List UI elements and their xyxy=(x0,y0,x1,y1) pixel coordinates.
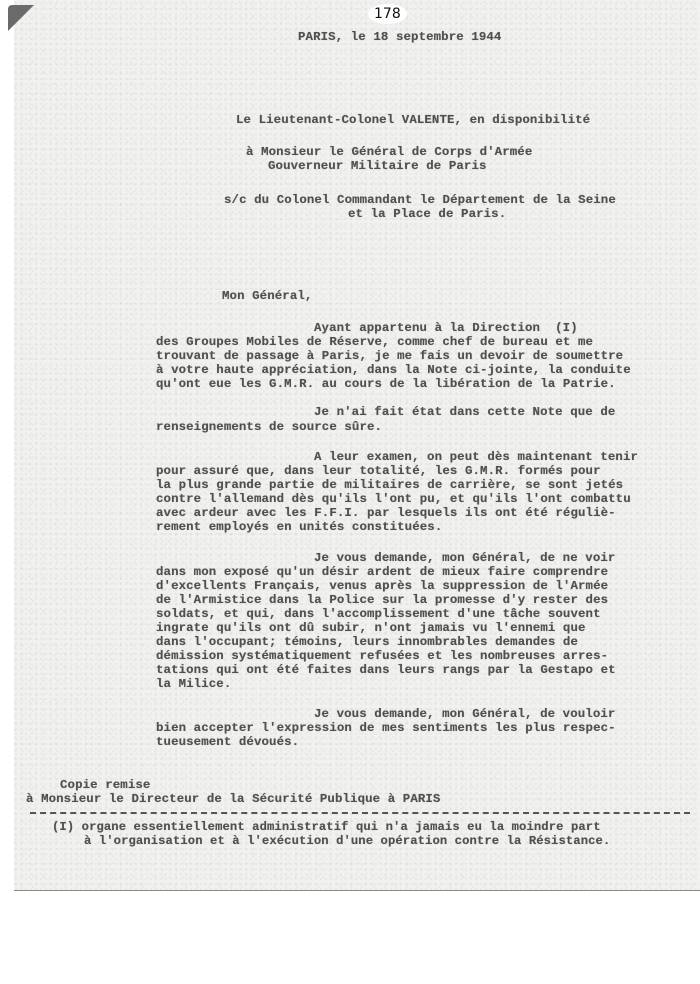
body-line: Je n'ai fait état dans cette Note que de xyxy=(314,405,615,420)
body-line: Je vous demande, mon Général, de vouloir xyxy=(314,707,615,722)
copy-notice-line-1: Copie remise xyxy=(60,778,150,793)
handwritten-page-number: 178 xyxy=(368,4,407,24)
copy-notice-line-2: à Monsieur le Directeur de la Sécurité P… xyxy=(26,792,440,807)
body-line: A leur examen, on peut dès maintenant te… xyxy=(314,450,638,465)
body-line: pour assuré que, dans leur totalité, les… xyxy=(156,464,601,479)
sender-line: Le Lieutenant-Colonel VALENTE, en dispon… xyxy=(236,113,590,128)
corner-fold-mark xyxy=(8,5,34,31)
salutation: Mon Général, xyxy=(222,289,312,304)
body-line: qu'ont eue les G.M.R. au cours de la lib… xyxy=(156,377,616,392)
body-line: des Groupes Mobiles de Réserve, comme ch… xyxy=(156,335,593,350)
addressee-line-2: Gouverneur Militaire de Paris xyxy=(268,159,487,174)
body-line: dans l'occupant; témoins, leurs innombra… xyxy=(156,635,578,650)
date-line: PARIS, le 18 septembre 1944 xyxy=(298,30,501,45)
body-line: soldats, et qui, dans l'accomplissement … xyxy=(156,607,601,622)
body-line: ingrate qu'ils ont dû subir, n'ont jamai… xyxy=(156,621,586,636)
body-line: bien accepter l'expression de mes sentim… xyxy=(156,721,616,736)
body-line: rement employés en unités constituées. xyxy=(156,520,442,535)
body-line: tueusement dévoués. xyxy=(156,735,299,750)
document-page xyxy=(14,0,700,891)
addressee-line-1: à Monsieur le Général de Corps d'Armée xyxy=(246,145,532,160)
via-line-2: et la Place de Paris. xyxy=(348,207,506,222)
body-line: renseignements de source sûre. xyxy=(156,420,382,435)
body-line: la Milice. xyxy=(156,677,231,692)
body-line: la plus grande partie de militaires de c… xyxy=(156,478,623,493)
footnote-line-2: à l'organisation et à l'exécution d'une … xyxy=(84,834,610,849)
body-line: démission systématiquement refusées et l… xyxy=(156,649,608,664)
body-line: de l'Armistice dans la Police sur la pro… xyxy=(156,593,608,608)
via-line-1: s/c du Colonel Commandant le Département… xyxy=(224,193,616,208)
body-line: trouvant de passage à Paris, je me fais … xyxy=(156,349,623,364)
body-line: tations qui ont été faites dans leurs ra… xyxy=(156,663,616,678)
body-line: à votre haute appréciation, dans la Note… xyxy=(156,363,631,378)
footnote-line-1: (I) organe essentiellement administratif… xyxy=(52,820,601,835)
body-line: avec ardeur avec les F.F.I. par lesquels… xyxy=(156,506,616,521)
body-line: Ayant appartenu à la Direction (I) xyxy=(314,321,578,336)
dashed-separator xyxy=(30,812,690,814)
body-line: contre l'allemand dès qu'ils l'ont pu, e… xyxy=(156,492,631,507)
body-line: dans mon exposé qu'un désir ardent de mi… xyxy=(156,565,608,580)
body-line: d'excellents Français, venus après la su… xyxy=(156,579,608,594)
body-line: Je vous demande, mon Général, de ne voir xyxy=(314,551,615,566)
